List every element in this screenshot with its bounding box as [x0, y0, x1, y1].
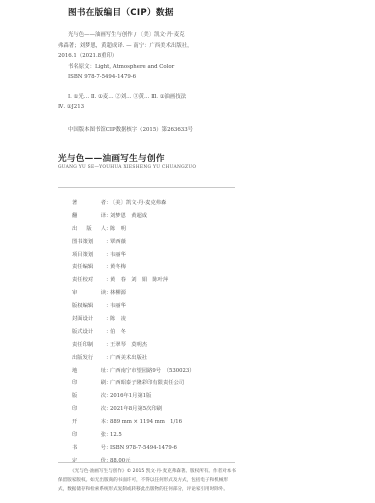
credit-row: 图书策划：覃西薇	[72, 236, 237, 249]
credit-value: 2021年8月第5次印刷	[110, 403, 162, 416]
credit-row: 版权编辑：韦丽华	[72, 300, 237, 313]
credit-value: 刘梦恩 黄超成	[110, 210, 147, 223]
credit-label: 责任校对	[72, 274, 106, 287]
spacer	[58, 83, 234, 92]
book-title-pinyin: GUANG YU SE—YOUHUA XIESHENG YU CHUANGZUO	[58, 165, 196, 170]
credit-row: 翻译：刘梦恩 黄超成	[72, 210, 237, 223]
credit-label: 印刷	[72, 377, 106, 390]
cip-classification-line-2: Ⅳ. ①J213	[58, 102, 234, 113]
credits-list: 著者：〔美〕凯文·丹·麦克弗森翻译：刘梦恩 黄超成出版人：陈 明图书策划：覃西薇…	[72, 197, 237, 468]
copyright-page: 图书在版编目（CIP）数据 光与色——油画写生与创作 / 〔美〕凯文·丹·麦克 …	[0, 0, 375, 503]
credit-value: 林柳源	[110, 287, 126, 300]
credit-value: 广西美术出版社	[110, 352, 147, 365]
credit-label: 出版发行	[72, 352, 106, 365]
credit-row: 出版发行：广西美术出版社	[72, 352, 237, 365]
credit-value: 2016年1月第1版	[110, 390, 151, 403]
credit-label: 版权编辑	[72, 300, 106, 313]
credit-value: 覃西薇	[110, 236, 126, 249]
credit-label: 著者	[72, 197, 106, 210]
credit-label: 印张	[72, 429, 106, 442]
divider	[58, 462, 235, 463]
credit-row: 印张：12.5	[72, 429, 237, 442]
credit-row: 出版人：陈 明	[72, 223, 237, 236]
credit-row: 封面设计：陈 凌	[72, 313, 237, 326]
credit-label: 版次	[72, 390, 106, 403]
cip-original-title: 书名原文：Light, Atmosphere and Color	[58, 62, 234, 73]
credit-label: 开本	[72, 416, 106, 429]
spacer	[58, 113, 234, 125]
credit-row: 著者：〔美〕凯文·丹·麦克弗森	[72, 197, 237, 210]
book-title: 光与色——油画写生与创作	[58, 152, 165, 164]
credit-label: 审读	[72, 287, 106, 300]
credit-label: 地址	[72, 365, 106, 378]
credit-label: 责任编辑	[72, 261, 106, 274]
credit-row: 责任印制：王翠琴 莫明杰	[72, 339, 237, 352]
credit-label: 项目策划	[72, 249, 106, 262]
credit-row: 项目策划：韦丽华	[72, 249, 237, 262]
credit-label: 封面设计	[72, 313, 106, 326]
cip-record-line-1: 光与色——油画写生与创作 / 〔美〕凯文·丹·麦克	[58, 30, 234, 41]
credit-value: 韦丽华	[110, 300, 126, 313]
cip-record-line-3: 2016.1（2021.8重印）	[58, 51, 234, 62]
credit-value: 广西南宁市望园路9号 （530023）	[110, 365, 195, 378]
cip-classification-line-1: Ⅰ. ①光… Ⅱ. ①麦… ②刘… ③黄… Ⅲ. ①油画技法	[58, 92, 234, 103]
copyright-notice: 《光与色·油画写生与创作》© 2015 凯文·丹·麦克弗森著。版权所有。作者对本…	[58, 467, 236, 494]
credit-value: 韦丽华	[110, 249, 126, 262]
credit-value: 〔美〕凯文·丹·麦克弗森	[110, 197, 166, 210]
credit-value: ISBN 978-7-5494-1479-6	[110, 442, 177, 455]
credit-label: 印次	[72, 403, 106, 416]
credit-row: 审读：林柳源	[72, 287, 237, 300]
credit-label: 书号	[72, 442, 106, 455]
credit-row: 责任校对：黄 春 刘 娟 陈叶萍	[72, 274, 237, 287]
credit-label: 出版人	[72, 223, 106, 236]
credit-row: 版式设计：伯 冬	[72, 326, 237, 339]
credit-value: 陈 明	[110, 223, 126, 236]
credit-row: 书号：ISBN 978-7-5494-1479-6	[72, 442, 237, 455]
cip-heading: 图书在版编目（CIP）数据	[68, 6, 174, 18]
credit-value: 伯 冬	[110, 326, 126, 339]
credit-label: 图书策划	[72, 236, 106, 249]
cip-isbn: ISBN 978-7-5494-1479-6	[58, 72, 234, 83]
credit-label: 翻译	[72, 210, 106, 223]
credit-value: 889 mm × 1194 mm 1/16	[110, 416, 182, 429]
divider	[58, 187, 235, 188]
credit-value: 黄冬梅	[110, 261, 126, 274]
cip-number: 中国版本图书馆CIP数据核字（2015）第263633号	[58, 125, 234, 136]
cip-record-line-2: 弗森著；刘梦恩，黄超成译. — 南宁：广西美术出版社，	[58, 41, 234, 52]
credit-value: 陈 凌	[110, 313, 126, 326]
credit-row: 开本：889 mm × 1194 mm 1/16	[72, 416, 237, 429]
credit-row: 责任编辑：黄冬梅	[72, 261, 237, 274]
credit-label: 责任印制	[72, 339, 106, 352]
credit-row: 地址：广西南宁市望园路9号 （530023）	[72, 365, 237, 378]
credit-label: 版式设计	[72, 326, 106, 339]
credit-value: 广西昭泰子隆彩印有限责任公司	[110, 377, 184, 390]
credit-row: 印刷：广西昭泰子隆彩印有限责任公司	[72, 377, 237, 390]
credit-value: 黄 春 刘 娟 陈叶萍	[110, 274, 168, 287]
credit-row: 版次：2016年1月第1版	[72, 390, 237, 403]
credit-value: 12.5	[110, 429, 122, 442]
cip-record: 光与色——油画写生与创作 / 〔美〕凯文·丹·麦克 弗森著；刘梦恩，黄超成译. …	[58, 30, 234, 135]
credit-value: 王翠琴 莫明杰	[110, 339, 147, 352]
credit-row: 印次：2021年8月第5次印刷	[72, 403, 237, 416]
